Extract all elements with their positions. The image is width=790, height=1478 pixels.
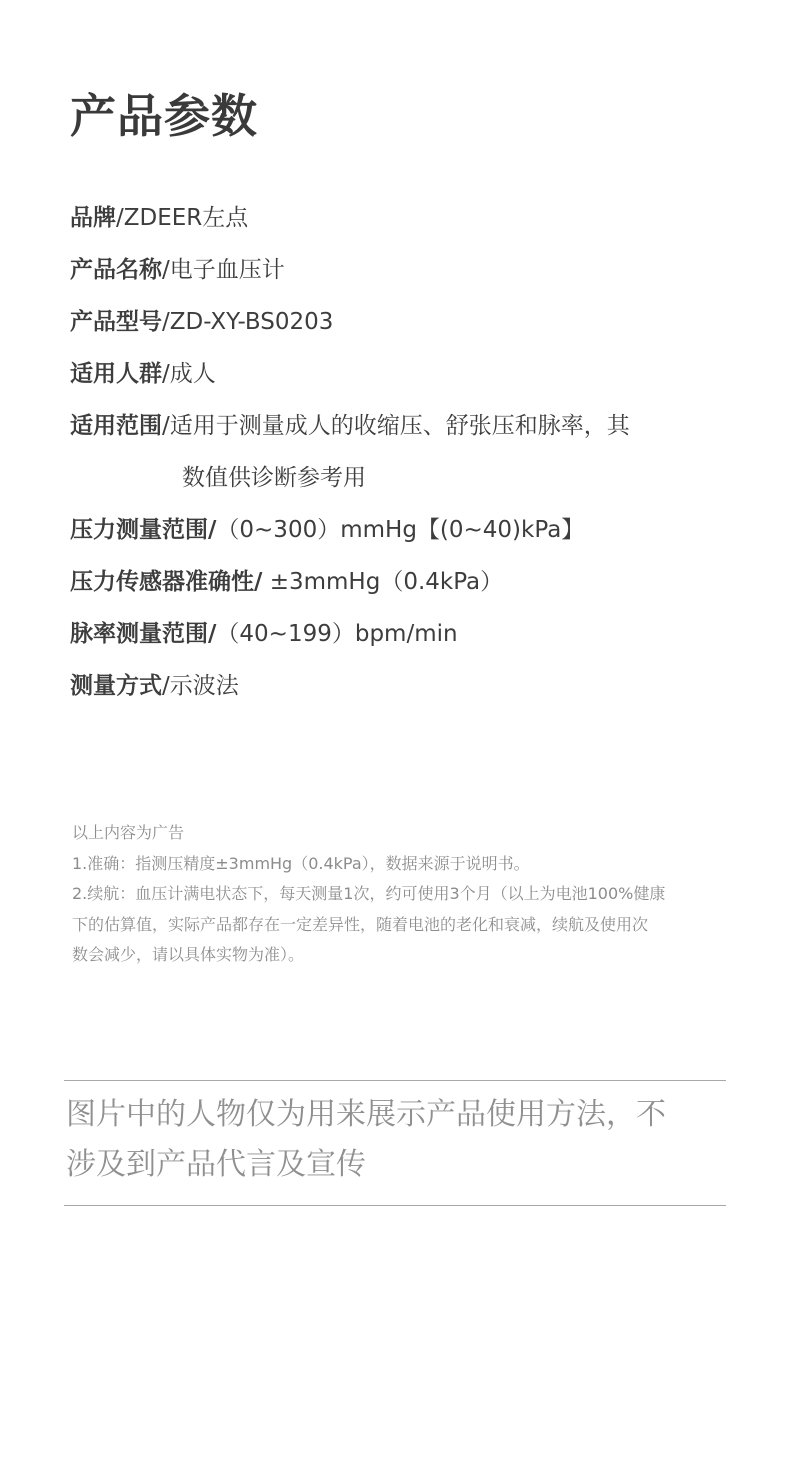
disclaimer-line: 图片中的人物仅为用来展示产品使用方法，不 [66, 1090, 736, 1140]
spec-value: /示波法 [162, 673, 239, 699]
note-line: 1.准确：指测压精度±3mmHg（0.4kPa），数据来源于说明书。 [72, 849, 742, 880]
spec-label: 压力传感器准确性/ [70, 569, 262, 595]
ad-notes: 以上内容为广告 1.准确：指测压精度±3mmHg（0.4kPa），数据来源于说明… [72, 818, 742, 971]
spec-target-users: 适用人群/成人 [70, 348, 750, 400]
spec-value: （0~300）mmHg【(0~40)kPa】 [216, 517, 584, 543]
spec-value: （40~199）bpm/min [216, 621, 457, 647]
spec-model: 产品型号/ZD-XY-BS0203 [70, 296, 750, 348]
spec-label: 适用人群 [70, 361, 162, 387]
spec-value: ±3mmHg（0.4kPa） [262, 569, 503, 595]
disclaimer-line: 涉及到产品代言及宣传 [66, 1140, 736, 1190]
spec-method: 测量方式/示波法 [70, 660, 750, 712]
divider-bottom [64, 1205, 726, 1206]
spec-product-name: 产品名称/电子血压计 [70, 244, 750, 296]
spec-sensor-accuracy: 压力传感器准确性/ ±3mmHg（0.4kPa） [70, 556, 750, 608]
spec-value: /电子血压计 [162, 257, 285, 283]
spec-value: /成人 [162, 361, 216, 387]
page-title: 产品参数 [70, 88, 258, 144]
spec-pulse-range: 脉率测量范围/（40~199）bpm/min [70, 608, 750, 660]
spec-scope: 适用范围/适用于测量成人的收缩压、舒张压和脉率，其 [70, 400, 750, 452]
spec-list: 品牌/ZDEER左点 产品名称/电子血压计 产品型号/ZD-XY-BS0203 … [70, 192, 750, 712]
note-line: 2.续航：血压计满电状态下，每天测量1次，约可使用3个月（以上为电池100%健康 [72, 879, 742, 910]
spec-label: 适用范围 [70, 413, 162, 439]
note-line: 下的估算值，实际产品都存在一定差异性，随着电池的老化和衰减，续航及使用次 [72, 910, 742, 941]
spec-label: 品牌 [70, 205, 116, 231]
divider-top [64, 1080, 726, 1081]
spec-value: /适用于测量成人的收缩压、舒张压和脉率，其 [162, 413, 630, 439]
note-line: 数会减少，请以具体实物为准）。 [72, 940, 742, 971]
spec-label: 产品名称 [70, 257, 162, 283]
spec-value: /ZDEER左点 [116, 205, 248, 231]
disclaimer: 图片中的人物仅为用来展示产品使用方法，不 涉及到产品代言及宣传 [66, 1090, 736, 1190]
spec-scope-continuation: 数值供诊断参考用 [70, 452, 750, 504]
spec-label: 产品型号 [70, 309, 162, 335]
spec-label: 压力测量范围/ [70, 517, 216, 543]
spec-brand: 品牌/ZDEER左点 [70, 192, 750, 244]
notes-heading: 以上内容为广告 [72, 818, 742, 849]
spec-pressure-range: 压力测量范围/（0~300）mmHg【(0~40)kPa】 [70, 504, 750, 556]
spec-label: 脉率测量范围/ [70, 621, 216, 647]
spec-label: 测量方式 [70, 673, 162, 699]
spec-value: /ZD-XY-BS0203 [162, 309, 333, 335]
